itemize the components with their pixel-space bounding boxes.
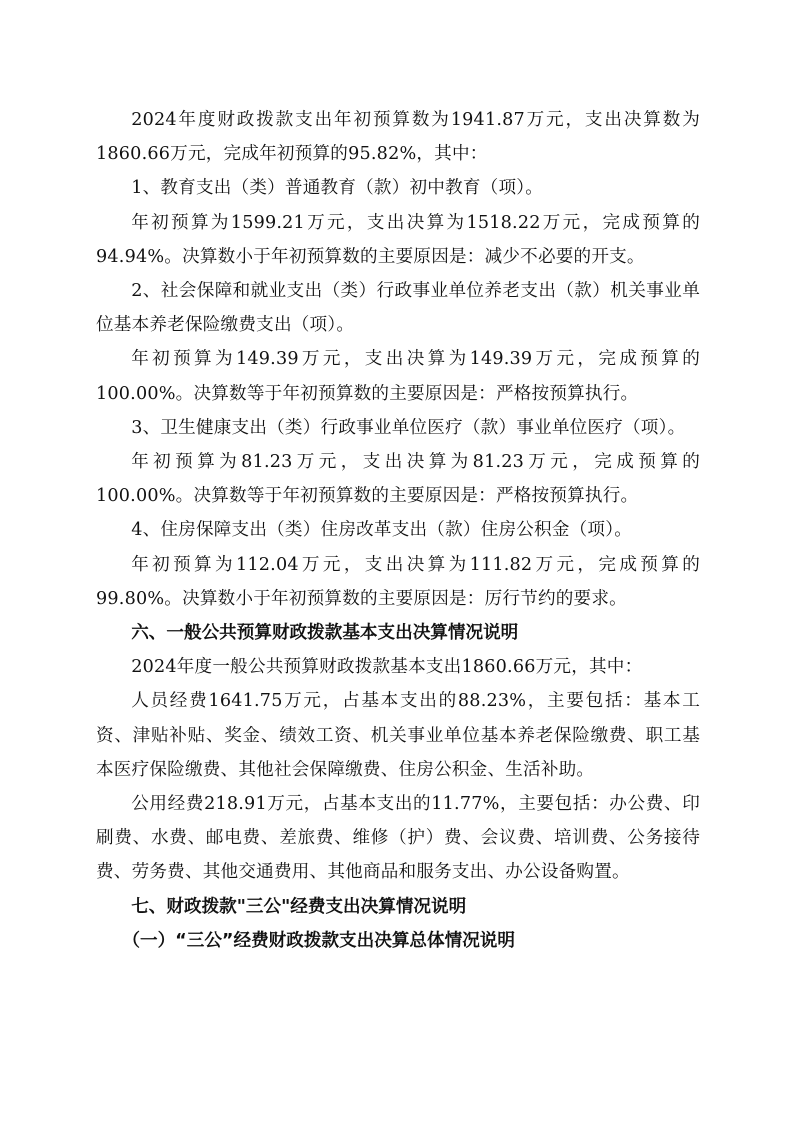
item-3-detail: 年初预算为81.23万元，支出决算为81.23万元，完成预算的100.00%。决… (96, 445, 700, 513)
item-3-title: 3、卫生健康支出（类）行政事业单位医疗（款）事业单位医疗（项）。 (96, 411, 700, 445)
section-7-heading: 七、财政拨款"三公"经费支出决算情况说明 (96, 890, 700, 924)
summary-paragraph: 2024年度财政拨款支出年初预算数为1941.87万元，支出决算数为1860.6… (96, 103, 700, 171)
item-2-detail: 年初预算为149.39万元，支出决算为149.39万元，完成预算的100.00%… (96, 342, 700, 410)
document-page: 2024年度财政拨款支出年初预算数为1941.87万元，支出决算数为1860.6… (96, 103, 700, 958)
personnel-expenses-paragraph: 人员经费1641.75万元，占基本支出的88.23%，主要包括：基本工资、津贴补… (96, 684, 700, 787)
item-4-detail: 年初预算为112.04万元，支出决算为111.82万元，完成预算的99.80%。… (96, 548, 700, 616)
item-1-detail: 年初预算为1599.21万元，支出决算为1518.22万元，完成预算的94.94… (96, 206, 700, 274)
item-2-title: 2、社会保障和就业支出（类）行政事业单位养老支出（款）机关事业单位基本养老保险缴… (96, 274, 700, 342)
basic-expenditure-summary: 2024年度一般公共预算财政拨款基本支出1860.66万元，其中： (96, 650, 700, 684)
item-4-title: 4、住房保障支出（类）住房改革支出（款）住房公积金（项）。 (96, 513, 700, 547)
item-1-title: 1、教育支出（类）普通教育（款）初中教育（项）。 (96, 171, 700, 205)
section-6-heading: 六、一般公共预算财政拨款基本支出决算情况说明 (96, 616, 700, 650)
section-7-1-subheading: （一）“三公”经费财政拨款支出决算总体情况说明 (96, 924, 700, 958)
public-expenses-paragraph: 公用经费218.91万元，占基本支出的11.77%，主要包括：办公费、印刷费、水… (96, 787, 700, 890)
